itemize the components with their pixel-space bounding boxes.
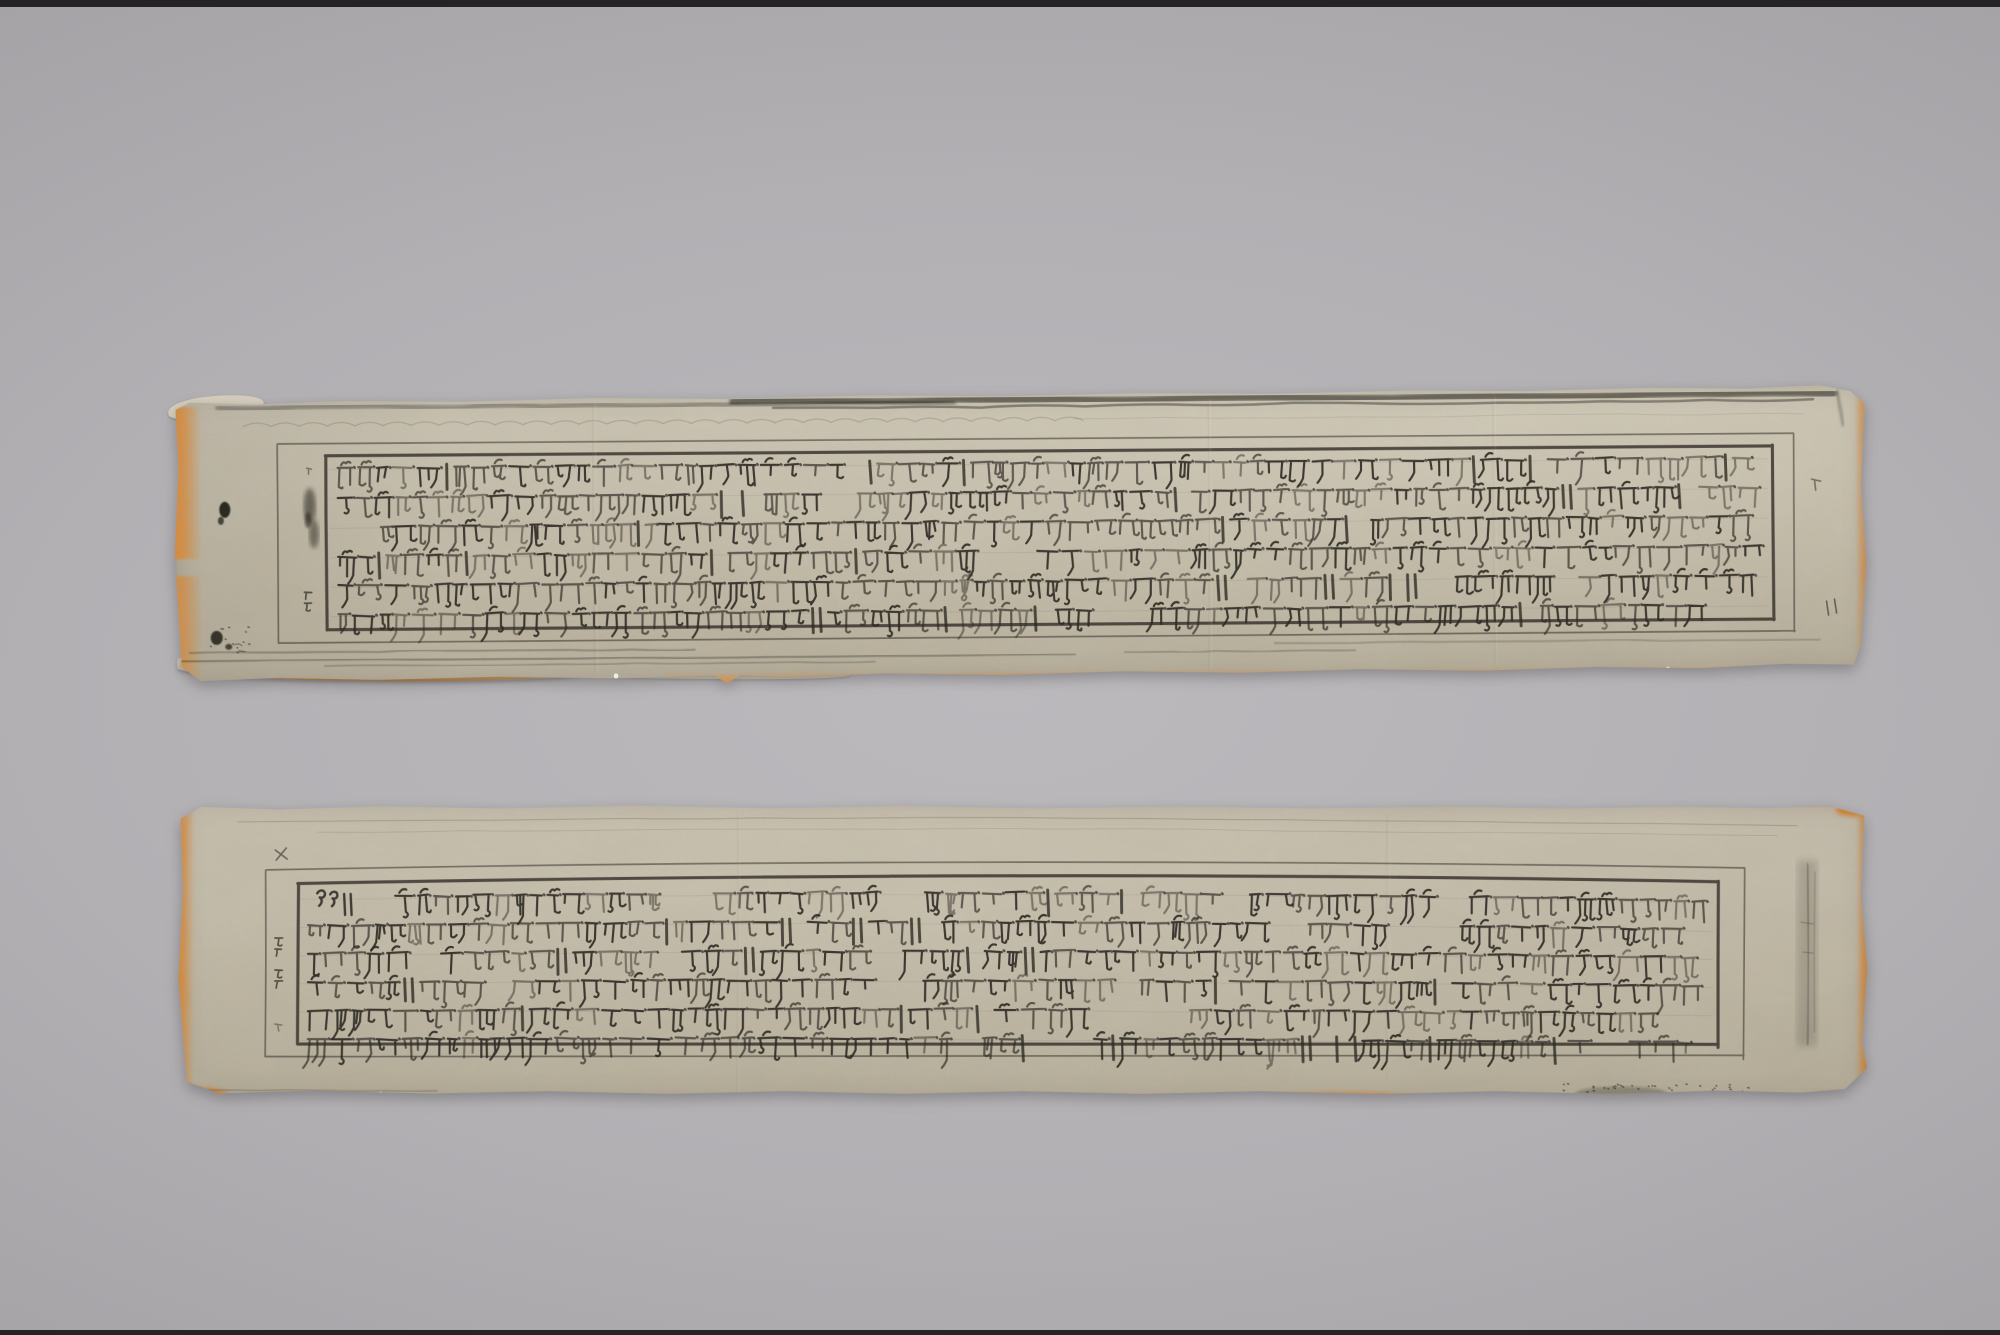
letterbox-bottom — [0, 1330, 2000, 1335]
manuscript-folio-upper — [173, 383, 1869, 687]
orange-edge-top — [194, 797, 1852, 807]
ink-layer-upper — [173, 383, 1869, 687]
manuscript-folio-upper-wrap — [173, 383, 1869, 687]
orange-patch — [1802, 1093, 1872, 1107]
photo-stage — [0, 0, 2000, 1335]
manuscript-folio-lower-wrap — [177, 798, 1870, 1104]
orange-edge-top — [190, 393, 393, 400]
orange-patch — [1262, 1093, 1427, 1107]
ink-layer-lower — [177, 798, 1870, 1104]
manuscript-folio-lower — [177, 798, 1870, 1104]
letterbox-top — [0, 0, 2000, 7]
